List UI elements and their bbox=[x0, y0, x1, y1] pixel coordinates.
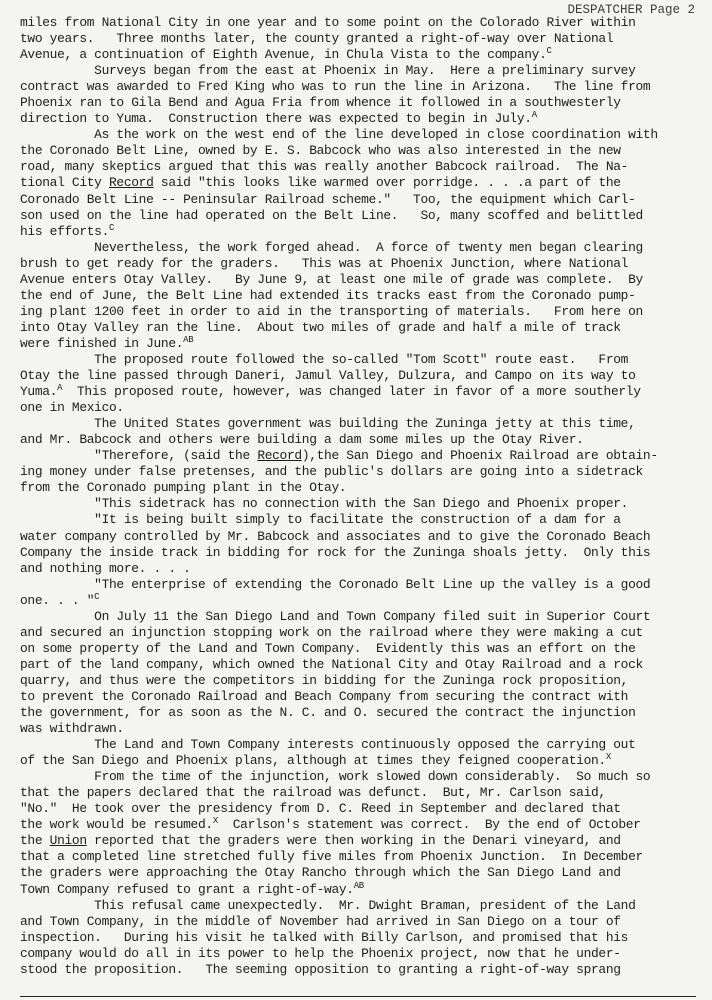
text-line: "The enterprise of extending the Coronad… bbox=[20, 577, 700, 593]
text-line: the government, for as soon as the N. C.… bbox=[20, 705, 700, 721]
text-line: stood the proposition. The seeming oppos… bbox=[20, 962, 700, 978]
text-segment: road, many skeptics argued that this was… bbox=[20, 159, 628, 174]
text-segment: "It is being built simply to facilitate … bbox=[20, 512, 621, 527]
text-segment: and nothing more. . . . bbox=[20, 561, 191, 576]
text-line: inspection. During his visit he talked w… bbox=[20, 930, 700, 946]
text-segment: From the time of the injunction, work sl… bbox=[20, 769, 650, 784]
text-line: were finished in June.AB bbox=[20, 336, 700, 352]
text-line: to prevent the Coronado Railroad and Bea… bbox=[20, 689, 700, 705]
text-segment: reported that the graders were then work… bbox=[87, 833, 621, 848]
text-line: Coronado Belt Line -- Peninsular Railroa… bbox=[20, 192, 700, 208]
text-line: was withdrawn. bbox=[20, 721, 700, 737]
text-segment: and secured an injunction stopping work … bbox=[20, 625, 643, 640]
text-segment: brush to get ready for the graders. This… bbox=[20, 256, 628, 271]
text-line: the end of June, the Belt Line had exten… bbox=[20, 288, 700, 304]
text-segment: son used on the line had operated on the… bbox=[20, 208, 643, 223]
footnote-marker: AB bbox=[183, 335, 193, 345]
text-segment: and Town Company, in the middle of Novem… bbox=[20, 914, 621, 929]
footnote-marker: C bbox=[94, 592, 99, 602]
text-line: the Coronado Belt Line, owned by E. S. B… bbox=[20, 143, 700, 159]
bottom-rule bbox=[20, 996, 696, 997]
text-line: "It is being built simply to facilitate … bbox=[20, 512, 700, 528]
text-segment: Carlson's statement was correct. By the … bbox=[218, 817, 641, 832]
text-segment: the end of June, the Belt Line had exten… bbox=[20, 288, 636, 303]
text-line: one. . . "C bbox=[20, 593, 700, 609]
text-segment: Avenue, a continuation of Eighth Avenue,… bbox=[20, 47, 547, 62]
text-segment: "No." He took over the presidency from D… bbox=[20, 801, 621, 816]
text-line: into Otay Valley ran the line. About two… bbox=[20, 320, 700, 336]
text-line: on some property of the Land and Town Co… bbox=[20, 641, 700, 657]
text-segment: Phoenix ran to Gila Bend and Agua Fria f… bbox=[20, 95, 621, 110]
text-segment: Otay the line passed through Daneri, Jam… bbox=[20, 368, 636, 383]
text-line: On July 11 the San Diego Land and Town C… bbox=[20, 609, 700, 625]
text-segment: two years. Three months later, the count… bbox=[20, 31, 613, 46]
text-line: son used on the line had operated on the… bbox=[20, 208, 700, 224]
text-segment: one. . . " bbox=[20, 593, 94, 608]
text-line: Avenue enters Otay Valley. By June 9, at… bbox=[20, 272, 700, 288]
text-segment: The proposed route followed the so-calle… bbox=[20, 352, 628, 367]
text-line: Company the inside track in bidding for … bbox=[20, 545, 700, 561]
text-line: The Land and Town Company interests cont… bbox=[20, 737, 700, 753]
text-segment: Nevertheless, the work forged ahead. A f… bbox=[20, 240, 643, 255]
text-segment: on some property of the Land and Town Co… bbox=[20, 641, 636, 656]
text-line: that a completed line stretched fully fi… bbox=[20, 849, 700, 865]
text-segment: The Land and Town Company interests cont… bbox=[20, 737, 636, 752]
footnote-marker: C bbox=[109, 223, 114, 233]
text-segment: quarry, and thus were the competitors in… bbox=[20, 673, 628, 688]
text-line: the Union reported that the graders were… bbox=[20, 833, 700, 849]
text-line: tional City Record said "this looks like… bbox=[20, 175, 700, 191]
text-line: of the San Diego and Phoenix plans, alth… bbox=[20, 753, 700, 769]
text-segment: water company controlled by Mr. Babcock … bbox=[20, 529, 650, 544]
text-segment: his efforts. bbox=[20, 224, 109, 239]
text-line: Avenue, a continuation of Eighth Avenue,… bbox=[20, 47, 700, 63]
underlined-title: Record bbox=[109, 175, 154, 190]
text-line: the work would be resumed.X Carlson's st… bbox=[20, 817, 700, 833]
text-line: "This sidetrack has no connection with t… bbox=[20, 496, 700, 512]
text-segment: As the work on the west end of the line … bbox=[20, 127, 658, 142]
text-line: water company controlled by Mr. Babcock … bbox=[20, 529, 700, 545]
text-segment: company would do all in its power to hel… bbox=[20, 946, 621, 961]
text-line: Otay the line passed through Daneri, Jam… bbox=[20, 368, 700, 384]
text-line: part of the land company, which owned th… bbox=[20, 657, 700, 673]
text-segment: the Coronado Belt Line, owned by E. S. B… bbox=[20, 143, 621, 158]
text-line: The proposed route followed the so-calle… bbox=[20, 352, 700, 368]
text-segment: Company the inside track in bidding for … bbox=[20, 545, 650, 560]
text-line: brush to get ready for the graders. This… bbox=[20, 256, 700, 272]
text-line: and nothing more. . . . bbox=[20, 561, 700, 577]
underlined-title: Union bbox=[50, 833, 87, 848]
text-line: Town Company refused to grant a right-of… bbox=[20, 882, 700, 898]
text-segment: This refusal came unexpectedly. Mr. Dwig… bbox=[20, 898, 636, 913]
text-line: From the time of the injunction, work sl… bbox=[20, 769, 700, 785]
text-segment: ing plant 1200 feet in order to aid in t… bbox=[20, 304, 643, 319]
document-page: DESPATCHER Page 2 miles from National Ci… bbox=[0, 0, 712, 1000]
text-segment: Surveys began from the east at Phoenix i… bbox=[20, 63, 636, 78]
text-segment: "This sidetrack has no connection with t… bbox=[20, 496, 628, 511]
text-line: that the papers declared that the railro… bbox=[20, 785, 700, 801]
text-line: ing plant 1200 feet in order to aid in t… bbox=[20, 304, 700, 320]
text-segment: the government, for as soon as the N. C.… bbox=[20, 705, 636, 720]
text-segment: that the papers declared that the railro… bbox=[20, 785, 606, 800]
text-line: and Town Company, in the middle of Novem… bbox=[20, 914, 700, 930]
text-segment: was withdrawn. bbox=[20, 721, 124, 736]
text-segment: Yuma. bbox=[20, 384, 57, 399]
text-segment: said "this looks like warmed over porrid… bbox=[154, 175, 621, 190]
text-segment: of the San Diego and Phoenix plans, alth… bbox=[20, 753, 606, 768]
text-line: two years. Three months later, the count… bbox=[20, 31, 700, 47]
text-segment: "The enterprise of extending the Coronad… bbox=[20, 577, 650, 592]
text-line: and Mr. Babcock and others were building… bbox=[20, 432, 700, 448]
text-segment: were finished in June. bbox=[20, 336, 183, 351]
text-segment: into Otay Valley ran the line. About two… bbox=[20, 320, 621, 335]
text-line: Nevertheless, the work forged ahead. A f… bbox=[20, 240, 700, 256]
text-line: Surveys began from the east at Phoenix i… bbox=[20, 63, 700, 79]
text-segment: On July 11 the San Diego Land and Town C… bbox=[20, 609, 650, 624]
text-line: Yuma.A This proposed route, however, was… bbox=[20, 384, 700, 400]
text-line: quarry, and thus were the competitors in… bbox=[20, 673, 700, 689]
text-segment: the work would be resumed. bbox=[20, 817, 213, 832]
text-segment: from the Coronado pumping plant in the O… bbox=[20, 480, 346, 495]
text-line: miles from National City in one year and… bbox=[20, 15, 700, 31]
text-segment: the bbox=[20, 833, 50, 848]
text-segment: that a completed line stretched fully fi… bbox=[20, 849, 643, 864]
text-line: The United States government was buildin… bbox=[20, 416, 700, 432]
text-line: direction to Yuma. Construction there wa… bbox=[20, 111, 700, 127]
text-line: ing money under false pretenses, and the… bbox=[20, 464, 700, 480]
text-segment: ),the San Diego and Phoenix Railroad are… bbox=[302, 448, 658, 463]
text-segment: contract was awarded to Fred King who wa… bbox=[20, 79, 650, 94]
text-segment: The United States government was buildin… bbox=[20, 416, 636, 431]
text-line: road, many skeptics argued that this was… bbox=[20, 159, 700, 175]
underlined-title: Record bbox=[257, 448, 302, 463]
text-line: Phoenix ran to Gila Bend and Agua Fria f… bbox=[20, 95, 700, 111]
footnote-marker: X bbox=[606, 752, 611, 762]
text-segment: one in Mexico. bbox=[20, 400, 124, 415]
text-segment: This proposed route, however, was change… bbox=[62, 384, 640, 399]
text-segment: direction to Yuma. Construction there wa… bbox=[20, 111, 532, 126]
text-line: his efforts.C bbox=[20, 224, 700, 240]
document-body: miles from National City in one year and… bbox=[20, 15, 700, 978]
text-line: from the Coronado pumping plant in the O… bbox=[20, 480, 700, 496]
text-line: and secured an injunction stopping work … bbox=[20, 625, 700, 641]
text-line: "No." He took over the presidency from D… bbox=[20, 801, 700, 817]
text-line: This refusal came unexpectedly. Mr. Dwig… bbox=[20, 898, 700, 914]
text-segment: the graders were approaching the Otay Ra… bbox=[20, 865, 621, 880]
text-segment: tional City bbox=[20, 175, 109, 190]
text-segment: miles from National City in one year and… bbox=[20, 15, 636, 30]
text-line: company would do all in its power to hel… bbox=[20, 946, 700, 962]
footnote-marker: A bbox=[532, 110, 537, 120]
text-segment: and Mr. Babcock and others were building… bbox=[20, 432, 584, 447]
footnote-marker: AB bbox=[354, 881, 364, 891]
text-segment: inspection. During his visit he talked w… bbox=[20, 930, 628, 945]
text-line: As the work on the west end of the line … bbox=[20, 127, 700, 143]
text-segment: Town Company refused to grant a right-of… bbox=[20, 882, 354, 897]
text-segment: Avenue enters Otay Valley. By June 9, at… bbox=[20, 272, 643, 287]
text-line: the graders were approaching the Otay Ra… bbox=[20, 865, 700, 881]
text-segment: ing money under false pretenses, and the… bbox=[20, 464, 643, 479]
footnote-marker: C bbox=[547, 46, 552, 56]
text-segment: Coronado Belt Line -- Peninsular Railroa… bbox=[20, 192, 636, 207]
text-line: one in Mexico. bbox=[20, 400, 700, 416]
text-segment: to prevent the Coronado Railroad and Bea… bbox=[20, 689, 628, 704]
text-segment: "Therefore, (said the bbox=[20, 448, 257, 463]
text-line: contract was awarded to Fred King who wa… bbox=[20, 79, 700, 95]
text-segment: part of the land company, which owned th… bbox=[20, 657, 643, 672]
text-segment: stood the proposition. The seeming oppos… bbox=[20, 962, 621, 977]
text-line: "Therefore, (said the Record),the San Di… bbox=[20, 448, 700, 464]
